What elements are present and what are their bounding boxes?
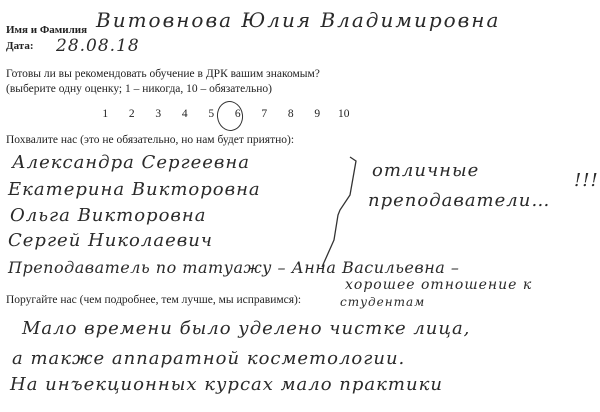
praise-marks: !!! [574,170,599,191]
score-1[interactable]: 1 [92,108,119,120]
praise-label: Похвалите нас (это не обязательно, но на… [6,134,294,146]
criticism-label: Поругайте нас (чем подробнее, тем лучше,… [6,294,301,306]
recommend-hint: (выберите одну оценку; 1 – никогда, 10 –… [6,83,272,95]
score-3[interactable]: 3 [145,108,172,120]
criticism-line-3: На инъекционных курсах мало практики [10,374,443,395]
praise-comment-1: отличные [372,160,479,181]
praise-extra-3: студентам [340,295,425,309]
criticism-line-1: Мало времени было уделено чистке лица, [22,318,470,339]
date-label: Дата: [6,40,33,52]
score-4[interactable]: 4 [172,108,199,120]
date-value: 28.08.18 [56,36,140,56]
recommend-question: Готовы ли вы рекомендовать обучение в ДР… [6,68,320,80]
brace-icon [320,155,360,270]
praise-comment-2: преподаватели… [368,190,550,211]
score-2[interactable]: 2 [119,108,146,120]
praise-name-4: Сергей Николаевич [8,230,213,251]
praise-extra-2: хорошее отношение к [345,277,532,293]
score-8[interactable]: 8 [278,108,305,120]
selected-score-circle [215,99,245,132]
name-value: Витовнова Юлия Владимировна [96,8,500,32]
praise-name-1: Александра Сергеевна [12,152,250,173]
score-9[interactable]: 9 [304,108,331,120]
praise-name-2: Екатерина Викторовна [8,179,261,200]
criticism-line-2: а также аппаратной косметологии. [12,348,405,369]
name-label: Имя и Фамилия [6,24,87,36]
praise-name-3: Ольга Викторовна [10,205,206,226]
score-10[interactable]: 10 [331,108,358,120]
score-7[interactable]: 7 [251,108,278,120]
praise-extra-1: Преподаватель по татуажу – Анна Васильев… [8,258,459,277]
